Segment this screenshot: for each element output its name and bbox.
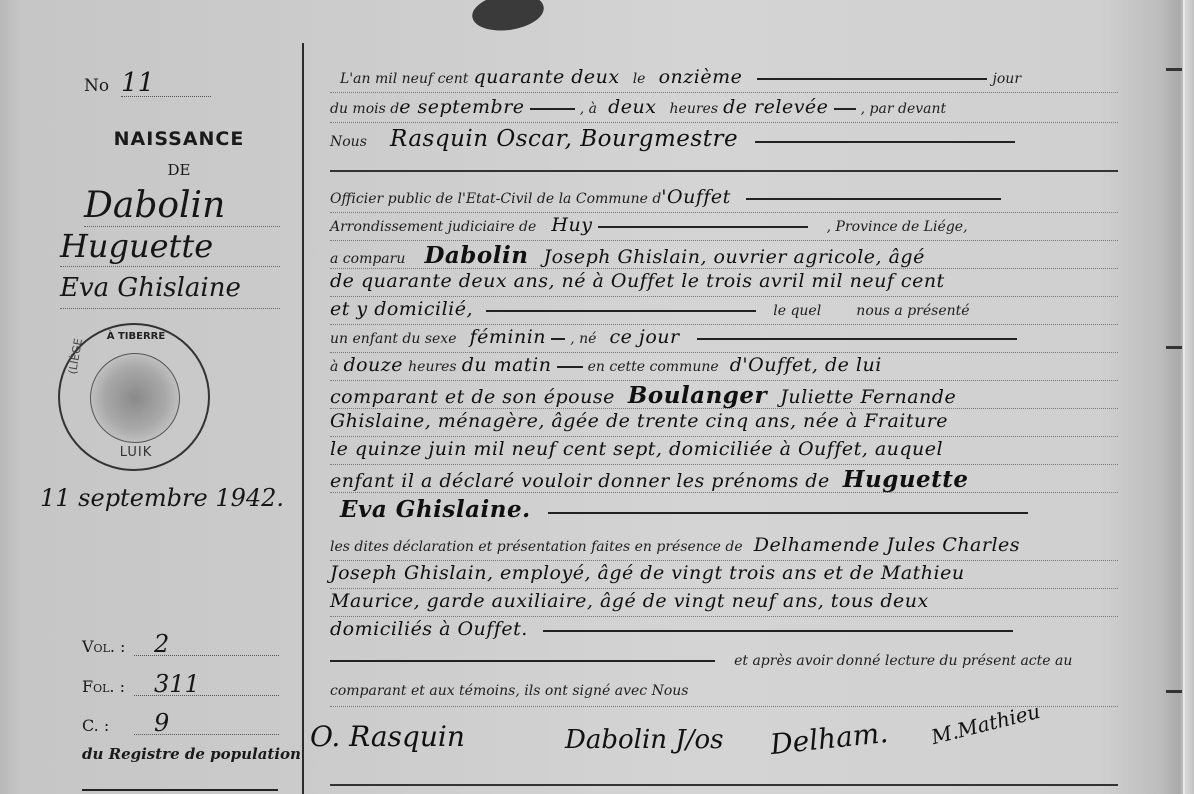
signature-rule (330, 784, 1118, 786)
section-rule (330, 170, 1118, 172)
fol-label: Fol. : (82, 677, 134, 696)
number-value: 11 (121, 70, 211, 97)
binding-mark (1166, 690, 1182, 693)
surname: Dabolin (84, 186, 280, 227)
vol-label: Vol. : (82, 637, 134, 656)
vol-value: 2 (134, 633, 279, 656)
body-line-3: Nous Rasquin Oscar, Bourgmestre (330, 126, 1118, 152)
body-line-15: Eva Ghislaine. (330, 496, 1118, 522)
body-line-13: le quinze juin mil neuf cent sept, domic… (330, 438, 1118, 465)
register-note: du Registre de population (82, 745, 301, 763)
seal-bottom-text: LUIK (100, 445, 172, 460)
body-line-6: a comparu Dabolin Joseph Ghislain, ouvri… (330, 242, 1118, 269)
body-line-10: à douze heures du matin en cette commune… (330, 354, 1118, 381)
column-divider (302, 43, 304, 794)
body-line-4: Officier public de l'Etat-Civil de la Co… (330, 186, 1118, 213)
body-line-12: Ghislaine, ménagère, âgée de trente cinq… (330, 410, 1118, 437)
left-margin: No 11 NAISSANCE DE Dabolin Huguette Eva … (0, 0, 302, 794)
body-line-18: Maurice, garde auxiliaire, âgé de vingt … (330, 590, 1118, 617)
register-rule (82, 789, 278, 791)
register-vol: Vol. :2 (82, 633, 279, 656)
binding-mark (1166, 346, 1182, 349)
body-line-1: L'an mil neuf cent quarante deux le onzi… (330, 66, 1118, 93)
body-line-5: Arrondissement judiciaire de Huy , Provi… (330, 214, 1118, 241)
ink-blot (470, 0, 546, 35)
first-name-2: Eva Ghislaine (60, 268, 280, 309)
title-de: DE (84, 161, 274, 179)
body-line-9: un enfant du sexe féminin , né ce jour (330, 326, 1118, 353)
margin-date: 11 septembre 1942. (40, 484, 284, 512)
first-name-1: Huguette (60, 226, 280, 267)
c-value: 9 (134, 712, 279, 735)
body-line-16: les dites déclaration et présentation fa… (330, 534, 1118, 561)
binding-mark (1166, 68, 1182, 71)
document-title: NAISSANCE (84, 128, 274, 150)
body-line-19: domiciliés à Ouffet. (330, 618, 1118, 644)
body-line-14: enfant il a déclaré vouloir donner les p… (330, 466, 1118, 493)
signature-mayor: O. Rasquin (310, 720, 465, 753)
c-label: C. : (82, 716, 134, 735)
body-line-7: de quarante deux ans, né à Ouffet le tro… (330, 270, 1118, 297)
seal-side-text: (LIÈGE (66, 337, 85, 375)
fol-value: 311 (134, 673, 279, 696)
page-edge (1183, 0, 1185, 794)
act-number: No 11 (84, 70, 211, 97)
body-line-2: du mois de septembre , à deux heures de … (330, 96, 1118, 123)
signature-declarant: Dabolin J/os (565, 725, 723, 755)
official-seal: À TIBERRE (LIÈGE LUIK (58, 323, 210, 471)
body-line-17: Joseph Ghislain, employé, âgé de vingt t… (330, 562, 1118, 589)
body-line-8: et y domicilié, le quel nous a présenté (330, 298, 1118, 325)
body-line-11: comparant et de son épouse Boulanger Jul… (330, 382, 1118, 409)
body-line-21: comparant et aux témoins, ils ont signé … (330, 680, 1118, 707)
seal-emblem-icon (90, 353, 180, 443)
register-c: C. :9 (82, 712, 279, 735)
signature-witness-1: Delham. (769, 716, 890, 761)
document-page: No 11 NAISSANCE DE Dabolin Huguette Eva … (0, 0, 1194, 794)
body-line-20: et après avoir donné lecture du présent … (330, 650, 1118, 676)
number-label: No (84, 76, 109, 96)
register-fol: Fol. :311 (82, 673, 279, 696)
seal-top-text: À TIBERRE (96, 331, 176, 342)
